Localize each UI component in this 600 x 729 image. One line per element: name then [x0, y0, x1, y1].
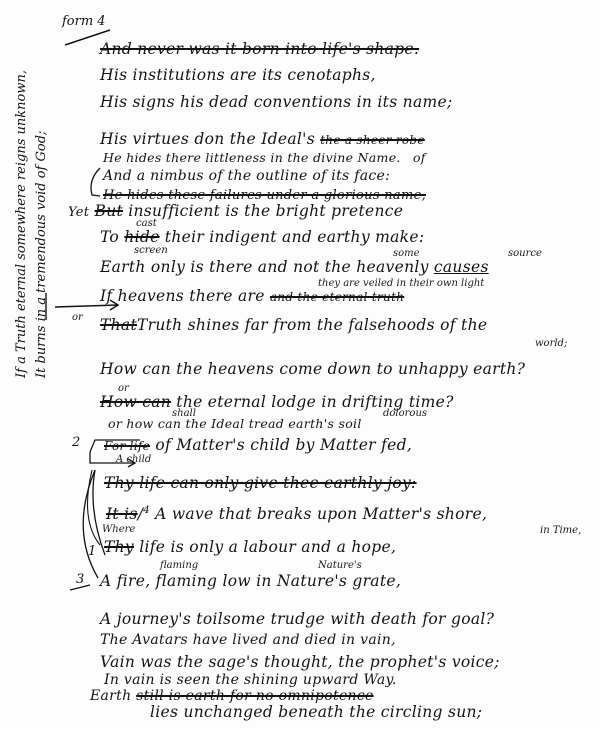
- line-2: His institutions are its cenotaphs,: [100, 66, 376, 84]
- manuscript-page: If a Truth eternal somewhere reigns unkn…: [0, 0, 600, 729]
- line-5-text: He hides there littleness in the divine …: [103, 150, 401, 165]
- line-21: A journey's toilsome trudge with death f…: [100, 610, 494, 628]
- line-16-text: of Matter's child: [155, 436, 290, 454]
- line-9-below: screen: [134, 245, 168, 256]
- line-10: Earth only is there and not the heavenly…: [100, 258, 489, 276]
- line-3: His signs his dead conventions in its na…: [100, 93, 453, 111]
- line-16: For life of Matter's child by Matter fed…: [104, 436, 412, 454]
- line-19-above: Where: [102, 524, 135, 535]
- line-16-rest: by Matter fed,: [295, 436, 412, 454]
- line-7-struck: He hides these failures under a glorious…: [103, 188, 426, 203]
- line-15: or how can the Ideal tread earth's soil: [108, 416, 362, 431]
- line-10-text: Earth only is there and not the heavenly: [100, 258, 429, 276]
- line-5-mark: of: [413, 150, 426, 165]
- line-9-to: To: [100, 228, 119, 246]
- margin-note-line-1: If a Truth eternal somewhere reigns unkn…: [14, 70, 29, 378]
- line-8-prefix: Yet: [68, 205, 89, 220]
- line-11-text: If heavens there are: [100, 287, 265, 305]
- line-20-above-1: flaming: [160, 560, 198, 571]
- margin-note-line-2: It burns in a tremendous void of God;: [34, 131, 49, 378]
- line-14-struck: How can: [100, 393, 171, 411]
- line-20: A fire, flaming low in Nature's grate,: [100, 572, 401, 590]
- line-19-struck: Thy: [104, 538, 134, 556]
- line-19-text: life is only a labour and a hope,: [139, 538, 396, 556]
- line-20-above-2: Nature's: [318, 560, 362, 571]
- line-10-tail-above: source: [508, 248, 542, 259]
- line-23: Vain was the sage's thought, the prophet…: [100, 653, 500, 671]
- line-5: He hides there littleness in the divine …: [103, 150, 426, 165]
- line-15-rest: the Ideal tread earth's: [186, 416, 335, 431]
- line-26: lies unchanged beneath the circling sun;: [150, 703, 482, 721]
- line-25: Earth still is earth for no omnipotence: [90, 688, 374, 704]
- line-20-number: 3: [76, 572, 84, 587]
- line-18-number: 4: [143, 505, 150, 516]
- line-8-struck-prefix: But: [95, 202, 124, 220]
- line-9-struck: hide: [124, 228, 159, 246]
- line-12: ThatTruth shines far from the falsehoods…: [100, 316, 487, 334]
- line-25-struck: still is earth for no omnipotence: [136, 688, 373, 704]
- line-16-below: A child: [116, 454, 151, 465]
- line-19-number: 1: [88, 544, 96, 559]
- line-18: It is/4 A wave that breaks upon Matter's…: [106, 505, 487, 523]
- line-13: How can the heavens come down to unhappy…: [100, 360, 525, 378]
- line-15-tail: soil: [338, 416, 361, 431]
- line-6: And a nimbus of the outline of its face:: [103, 168, 390, 184]
- line-18-struck: It is: [106, 505, 138, 523]
- line-11-struck: and the eternal truth: [270, 290, 404, 304]
- line-10-tail: causes: [434, 258, 489, 276]
- line-1-struck: And never was it born into life's shape.: [100, 40, 419, 58]
- line-8-text: insufficient is the bright pretence: [128, 202, 403, 220]
- line-15-text: or how can: [108, 416, 181, 431]
- line-9-rest: their indigent and earthy make:: [165, 228, 425, 246]
- line-11-margin: or: [72, 312, 83, 323]
- line-12-struck: That: [100, 316, 137, 334]
- line-16-struck: For life: [104, 439, 150, 453]
- line-17-struck: Thy life can only give thee earthly joy:: [104, 474, 417, 492]
- header-mark: form 4: [62, 14, 106, 29]
- line-4-main: His virtues don the Ideal's: [100, 130, 315, 148]
- line-12-text: Truth shines far from the falsehoods of …: [137, 316, 487, 334]
- line-18-tail: in Time,: [540, 525, 581, 536]
- line-25-prefix: Earth: [90, 688, 131, 704]
- line-11: If heavens there are and the eternal tru…: [100, 287, 404, 305]
- line-12-continuation: world;: [535, 338, 567, 349]
- line-24: In vain is seen the shining upward Way.: [104, 672, 397, 688]
- line-19: Thy life is only a labour and a hope,: [104, 538, 396, 556]
- line-22: The Avatars have lived and died in vain,: [100, 632, 396, 648]
- line-4-struck-tail: the a sheer robe: [320, 133, 425, 147]
- line-16-number: 2: [72, 435, 80, 450]
- line-15-tail-above: dolorous: [383, 408, 427, 419]
- line-4: His virtues don the Ideal's the a sheer …: [100, 130, 425, 148]
- line-18-text: A wave that breaks upon Matter's shore,: [155, 505, 487, 523]
- line-9: To hide their indigent and earthy make:: [100, 228, 424, 246]
- line-8: Yet But insufficient is the bright prete…: [68, 202, 403, 220]
